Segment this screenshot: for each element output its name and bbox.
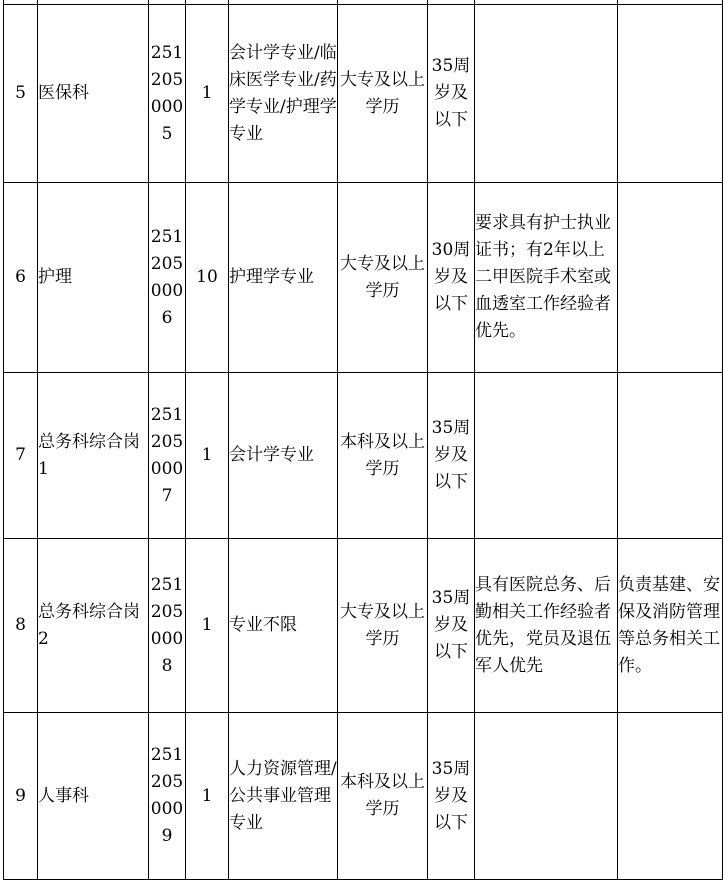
- cell-education: 本科及以上学历: [338, 373, 428, 539]
- cell-age-limit: 35周岁及以下: [428, 373, 475, 539]
- cell-serial: 5: [4, 5, 38, 183]
- table-row: 7 总务科综合岗1 2512050007 1 会计学专业 本科及以上学历 35周…: [4, 373, 723, 539]
- cell-department: 总务科综合岗2: [38, 539, 149, 713]
- cell-notes: [618, 183, 723, 373]
- table-row: 6 护理 2512050006 10 护理学专业 大专及以上学历 30周岁及以下…: [4, 183, 723, 373]
- cell-requirements: [475, 5, 618, 183]
- cell-age-limit: 35周岁及以下: [428, 713, 475, 880]
- table-row: 8 总务科综合岗2 2512050008 1 专业不限 大专及以上学历 35周岁…: [4, 539, 723, 713]
- cell-serial: 9: [4, 713, 38, 880]
- table-row: 5 医保科 2512050005 1 会计学专业/临床医学专业/药学专业/护理学…: [4, 5, 723, 183]
- cell-age-limit: 35周岁及以下: [428, 539, 475, 713]
- cell-headcount: 1: [186, 539, 229, 713]
- cell-requirements: [475, 373, 618, 539]
- cell-notes: [618, 373, 723, 539]
- cell-requirements: 具有医院总务、后勤相关工作经验者优先，党员及退伍军人优先: [475, 539, 618, 713]
- cell-position-code: 2512050005: [149, 5, 186, 183]
- cell-serial: 7: [4, 373, 38, 539]
- cell-major: 会计学专业: [229, 373, 338, 539]
- table-row: 9 人事科 2512050009 1 人力资源管理/公共事业管理专业 本科及以上…: [4, 713, 723, 880]
- cell-department: 医保科: [38, 5, 149, 183]
- recruitment-table: 5 医保科 2512050005 1 会计学专业/临床医学专业/药学专业/护理学…: [3, 0, 723, 880]
- cell-department: 护理: [38, 183, 149, 373]
- page: 5 医保科 2512050005 1 会计学专业/临床医学专业/药学专业/护理学…: [0, 0, 724, 893]
- cell-headcount: 1: [186, 5, 229, 183]
- cell-department: 人事科: [38, 713, 149, 880]
- cell-position-code: 2512050006: [149, 183, 186, 373]
- cell-position-code: 2512050007: [149, 373, 186, 539]
- cell-major: 护理学专业: [229, 183, 338, 373]
- cell-serial: 8: [4, 539, 38, 713]
- cell-serial: 6: [4, 183, 38, 373]
- cell-major: 专业不限: [229, 539, 338, 713]
- cell-age-limit: 30周岁及以下: [428, 183, 475, 373]
- cell-notes: 负责基建、安保及消防管理等总务相关工作。: [618, 539, 723, 713]
- cell-headcount: 1: [186, 713, 229, 880]
- cell-age-limit: 35周岁及以下: [428, 5, 475, 183]
- cell-education: 大专及以上学历: [338, 5, 428, 183]
- cell-requirements: [475, 713, 618, 880]
- cell-education: 本科及以上学历: [338, 713, 428, 880]
- cell-major: 人力资源管理/公共事业管理专业: [229, 713, 338, 880]
- cell-notes: [618, 713, 723, 880]
- cell-education: 大专及以上学历: [338, 539, 428, 713]
- cell-requirements: 要求具有护士执业证书；有2年以上二甲医院手术室或血透室工作经验者优先。: [475, 183, 618, 373]
- cell-department: 总务科综合岗1: [38, 373, 149, 539]
- cell-major: 会计学专业/临床医学专业/药学专业/护理学专业: [229, 5, 338, 183]
- cell-education: 大专及以上学历: [338, 183, 428, 373]
- cell-position-code: 2512050009: [149, 713, 186, 880]
- cell-headcount: 10: [186, 183, 229, 373]
- cell-notes: [618, 5, 723, 183]
- cell-position-code: 2512050008: [149, 539, 186, 713]
- cell-headcount: 1: [186, 373, 229, 539]
